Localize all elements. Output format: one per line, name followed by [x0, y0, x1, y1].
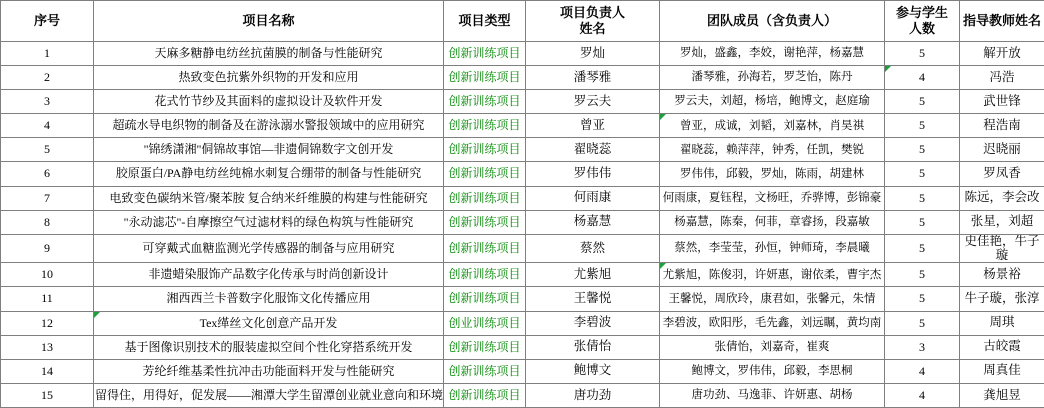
- cell-leader[interactable]: 潘琴雅: [526, 66, 660, 90]
- cell-type[interactable]: 创新训练项目: [444, 210, 526, 234]
- column-header-label: 参与学生人数: [894, 5, 950, 38]
- table-row: 13基于图像识别技术的服装虚拟空间个性化穿搭系统开发创新训练项目张倩怡张倩怡，刘…: [1, 335, 1044, 359]
- cell-no[interactable]: 7: [1, 186, 94, 210]
- table-body: 1天麻多糖静电纺丝抗菌膜的制备与性能研究创新训练项目罗灿罗灿，盛鑫，李姣，谢艳萍…: [1, 42, 1044, 408]
- cell-leader[interactable]: 罗伟伟: [526, 162, 660, 186]
- cell-count[interactable]: 5: [885, 42, 960, 66]
- cell-name[interactable]: 电致变色碳纳米管/聚苯胺 复合纳米纤维膜的构建与性能研究: [94, 186, 444, 210]
- cell-leader[interactable]: 罗云夫: [526, 90, 660, 114]
- cell-count[interactable]: 5: [885, 90, 960, 114]
- cell-no[interactable]: 4: [1, 114, 94, 138]
- table-row: 1天麻多糖静电纺丝抗菌膜的制备与性能研究创新训练项目罗灿罗灿，盛鑫，李姣，谢艳萍…: [1, 42, 1044, 66]
- cell-advisors[interactable]: 张星，刘超: [960, 210, 1044, 234]
- column-header-label: 序号: [34, 13, 60, 29]
- cell-members[interactable]: 鲍博文，罗伟伟，邱毅，李思桐: [660, 359, 885, 383]
- cell-count[interactable]: 5: [885, 234, 960, 263]
- cell-leader[interactable]: 杨嘉慧: [526, 210, 660, 234]
- cell-count[interactable]: 4: [885, 359, 960, 383]
- column-header-name[interactable]: 项目名称: [94, 1, 444, 42]
- cell-members[interactable]: 杨嘉慧，陈秦，何菲，章睿扬，段嘉敏: [660, 210, 885, 234]
- cell-leader[interactable]: 鲍博文: [526, 359, 660, 383]
- cell-no[interactable]: 5: [1, 138, 94, 162]
- cell-count[interactable]: 4: [885, 383, 960, 407]
- cell-count[interactable]: 3: [885, 335, 960, 359]
- table-row: 15留得住，用得好，促发展——湘潭大学生留潭创业就业意向和环境调查创新训练项目唐…: [1, 383, 1044, 407]
- cell-name[interactable]: 胶原蛋白/PA静电纺丝纯棉水刺复合绷带的制备与性能研究: [94, 162, 444, 186]
- cell-advisors[interactable]: 周真佳: [960, 359, 1044, 383]
- cell-type[interactable]: 创新训练项目: [444, 66, 526, 90]
- cell-members[interactable]: 曾亚，成诚，刘韬，刘嘉林，肖昊祺: [660, 114, 885, 138]
- table-row: 10非遗蜡染服饰产品数字化传承与时尚创新设计创新训练项目尤紫旭尤紫旭，陈俊羽，许…: [1, 263, 1044, 287]
- cell-type[interactable]: 创新训练项目: [444, 186, 526, 210]
- cell-members[interactable]: 罗云夫，刘超，杨培，鲍博文，赵庭瑜: [660, 90, 885, 114]
- cell-no[interactable]: 12: [1, 311, 94, 335]
- cell-name[interactable]: 留得住，用得好，促发展——湘潭大学生留潭创业就业意向和环境调查: [94, 383, 444, 407]
- table-row: 9可穿戴式血糖监测光学传感器的制备与应用研究创新训练项目蔡然蔡然，李莹莹，孙恒，…: [1, 234, 1044, 263]
- cell-type[interactable]: 创新训练项目: [444, 383, 526, 407]
- cell-count[interactable]: 5: [885, 210, 960, 234]
- column-header-advisors[interactable]: 指导教师姓名: [960, 1, 1044, 42]
- cell-no[interactable]: 14: [1, 359, 94, 383]
- cell-advisors[interactable]: 龚旭昱: [960, 383, 1044, 407]
- cell-advisors[interactable]: 武世锋: [960, 90, 1044, 114]
- cell-advisors[interactable]: 古皎霞: [960, 335, 1044, 359]
- cell-name[interactable]: 天麻多糖静电纺丝抗菌膜的制备与性能研究: [94, 42, 444, 66]
- cell-type[interactable]: 创新训练项目: [444, 263, 526, 287]
- cell-leader[interactable]: 张倩怡: [526, 335, 660, 359]
- table-row: 2热致变色抗紫外织物的开发和应用创新训练项目潘琴雅潘琴雅，孙海若，罗芝怡，陈丹4…: [1, 66, 1044, 90]
- cell-no[interactable]: 3: [1, 90, 94, 114]
- cell-type[interactable]: 创新训练项目: [444, 90, 526, 114]
- cell-advisors[interactable]: 牛子璇，张淳: [960, 287, 1044, 311]
- project-table: 序号项目名称项目类型项目负责人姓名团队成员（含负责人）参与学生人数指导教师姓名 …: [0, 0, 1044, 408]
- cell-leader[interactable]: 何雨康: [526, 186, 660, 210]
- cell-leader[interactable]: 蔡然: [526, 234, 660, 263]
- cell-leader[interactable]: 唐功劲: [526, 383, 660, 407]
- cell-advisors[interactable]: 史佳艳，牛子璇: [960, 234, 1044, 263]
- cell-leader[interactable]: 罗灿: [526, 42, 660, 66]
- column-header-members[interactable]: 团队成员（含负责人）: [660, 1, 885, 42]
- table-row: 12Tex缂丝文化创意产品开发创业训练项目李碧波李碧波，欧阳彤，毛先鑫，刘远瞩，…: [1, 311, 1044, 335]
- cell-advisors[interactable]: 陈远，李会改: [960, 186, 1044, 210]
- cell-name[interactable]: 超疏水导电织物的制备及在游泳溺水警报领域中的应用研究: [94, 114, 444, 138]
- cell-no[interactable]: 6: [1, 162, 94, 186]
- table-row: 14芳纶纤维基柔性抗冲击功能面料开发与性能研究创新训练项目鲍博文鲍博文，罗伟伟，…: [1, 359, 1044, 383]
- column-header-no[interactable]: 序号: [1, 1, 94, 42]
- cell-count[interactable]: 5: [885, 287, 960, 311]
- cell-no[interactable]: 8: [1, 210, 94, 234]
- column-header-label: 指导教师姓名: [963, 13, 1041, 29]
- cell-count[interactable]: 4: [885, 66, 960, 90]
- cell-type[interactable]: 创新训练项目: [444, 234, 526, 263]
- cell-name[interactable]: 湘西西兰卡普数字化服饰文化传播应用: [94, 287, 444, 311]
- cell-advisors[interactable]: 冯浩: [960, 66, 1044, 90]
- cell-no[interactable]: 15: [1, 383, 94, 407]
- table-row: 5"锦绣潇湘"侗锦故事馆—非遗侗锦数字文创开发创新训练项目翟晓蕊翟晓蕊，赖萍萍，…: [1, 138, 1044, 162]
- table-row: 7电致变色碳纳米管/聚苯胺 复合纳米纤维膜的构建与性能研究创新训练项目何雨康何雨…: [1, 186, 1044, 210]
- table-row: 11湘西西兰卡普数字化服饰文化传播应用创新训练项目王馨悦王馨悦，周欣玲，康君如，…: [1, 287, 1044, 311]
- cell-count[interactable]: 5: [885, 186, 960, 210]
- column-header-label: 团队成员（含负责人）: [707, 13, 837, 29]
- column-header-count[interactable]: 参与学生人数: [885, 1, 960, 42]
- cell-count[interactable]: 5: [885, 311, 960, 335]
- cell-members[interactable]: 何雨康，夏钰程，文杨旺，乔骅博，彭锦豪: [660, 186, 885, 210]
- cell-type[interactable]: 创新训练项目: [444, 162, 526, 186]
- cell-advisors[interactable]: 杨景裕: [960, 263, 1044, 287]
- cell-name[interactable]: 非遗蜡染服饰产品数字化传承与时尚创新设计: [94, 263, 444, 287]
- cell-members[interactable]: 张倩怡，刘嘉奇，崔爽: [660, 335, 885, 359]
- cell-type[interactable]: 创新训练项目: [444, 114, 526, 138]
- cell-no[interactable]: 11: [1, 287, 94, 311]
- header-row: 序号项目名称项目类型项目负责人姓名团队成员（含负责人）参与学生人数指导教师姓名: [1, 1, 1044, 42]
- cell-name[interactable]: 花式竹节纱及其面料的虚拟设计及软件开发: [94, 90, 444, 114]
- cell-advisors[interactable]: 解开放: [960, 42, 1044, 66]
- cell-advisors[interactable]: 周琪: [960, 311, 1044, 335]
- cell-members[interactable]: 尤紫旭，陈俊羽，许妍惠，谢依柔，曹宇杰: [660, 263, 885, 287]
- cell-leader[interactable]: 翟晓蕊: [526, 138, 660, 162]
- cell-count[interactable]: 5: [885, 162, 960, 186]
- cell-no[interactable]: 2: [1, 66, 94, 90]
- cell-members[interactable]: 蔡然，李莹莹，孙恒，钟师琦，李晨曦: [660, 234, 885, 263]
- cell-name[interactable]: 可穿戴式血糖监测光学传感器的制备与应用研究: [94, 234, 444, 263]
- cell-type[interactable]: 创新训练项目: [444, 138, 526, 162]
- cell-members[interactable]: 唐功劲、马逸菲、许妍惠、胡杨: [660, 383, 885, 407]
- cell-count[interactable]: 5: [885, 263, 960, 287]
- column-header-label: 项目名称: [242, 13, 294, 29]
- cell-advisors[interactable]: 程浩南: [960, 114, 1044, 138]
- cell-type[interactable]: 创业训练项目: [444, 311, 526, 335]
- cell-no[interactable]: 1: [1, 42, 94, 66]
- cell-type[interactable]: 创新训练项目: [444, 359, 526, 383]
- column-header-label: 项目类型: [458, 13, 510, 29]
- cell-members[interactable]: 罗灿，盛鑫，李姣，谢艳萍，杨嘉慧: [660, 42, 885, 66]
- cell-type[interactable]: 创新训练项目: [444, 287, 526, 311]
- cell-no[interactable]: 13: [1, 335, 94, 359]
- cell-leader[interactable]: 王馨悦: [526, 287, 660, 311]
- cell-leader[interactable]: 李碧波: [526, 311, 660, 335]
- cell-name[interactable]: 芳纶纤维基柔性抗冲击功能面料开发与性能研究: [94, 359, 444, 383]
- cell-name[interactable]: 基于图像识别技术的服装虚拟空间个性化穿搭系统开发: [94, 335, 444, 359]
- cell-advisors[interactable]: 罗凤香: [960, 162, 1044, 186]
- cell-leader[interactable]: 曾亚: [526, 114, 660, 138]
- cell-advisors[interactable]: 迟晓丽: [960, 138, 1044, 162]
- table-row: 8"永动滤芯"-自摩擦空气过滤材料的绿色构筑与性能研究创新训练项目杨嘉慧杨嘉慧，…: [1, 210, 1044, 234]
- cell-members[interactable]: 李碧波，欧阳彤，毛先鑫，刘远瞩，黄均南: [660, 311, 885, 335]
- cell-members[interactable]: 罗伟伟，邱毅，罗灿，陈雨，胡建林: [660, 162, 885, 186]
- column-header-leader[interactable]: 项目负责人姓名: [526, 1, 660, 42]
- cell-type[interactable]: 创新训练项目: [444, 42, 526, 66]
- column-header-type[interactable]: 项目类型: [444, 1, 526, 42]
- cell-members[interactable]: 翟晓蕊，赖萍萍，钟秀，任凯，樊锐: [660, 138, 885, 162]
- cell-name[interactable]: Tex缂丝文化创意产品开发: [94, 311, 444, 335]
- column-header-label: 项目负责人姓名: [558, 5, 628, 38]
- cell-type[interactable]: 创新训练项目: [444, 335, 526, 359]
- cell-no[interactable]: 10: [1, 263, 94, 287]
- table-row: 3花式竹节纱及其面料的虚拟设计及软件开发创新训练项目罗云夫罗云夫，刘超，杨培，鲍…: [1, 90, 1044, 114]
- cell-count[interactable]: 5: [885, 138, 960, 162]
- cell-leader[interactable]: 尤紫旭: [526, 263, 660, 287]
- cell-no[interactable]: 9: [1, 234, 94, 263]
- cell-name[interactable]: 热致变色抗紫外织物的开发和应用: [94, 66, 444, 90]
- cell-name[interactable]: "永动滤芯"-自摩擦空气过滤材料的绿色构筑与性能研究: [94, 210, 444, 234]
- cell-name[interactable]: "锦绣潇湘"侗锦故事馆—非遗侗锦数字文创开发: [94, 138, 444, 162]
- table-row: 4超疏水导电织物的制备及在游泳溺水警报领域中的应用研究创新训练项目曾亚曾亚，成诚…: [1, 114, 1044, 138]
- table-row: 6胶原蛋白/PA静电纺丝纯棉水刺复合绷带的制备与性能研究创新训练项目罗伟伟罗伟伟…: [1, 162, 1044, 186]
- cell-members[interactable]: 潘琴雅，孙海若，罗芝怡，陈丹: [660, 66, 885, 90]
- cell-count[interactable]: 5: [885, 114, 960, 138]
- cell-members[interactable]: 王馨悦，周欣玲，康君如，张馨元，朱情: [660, 287, 885, 311]
